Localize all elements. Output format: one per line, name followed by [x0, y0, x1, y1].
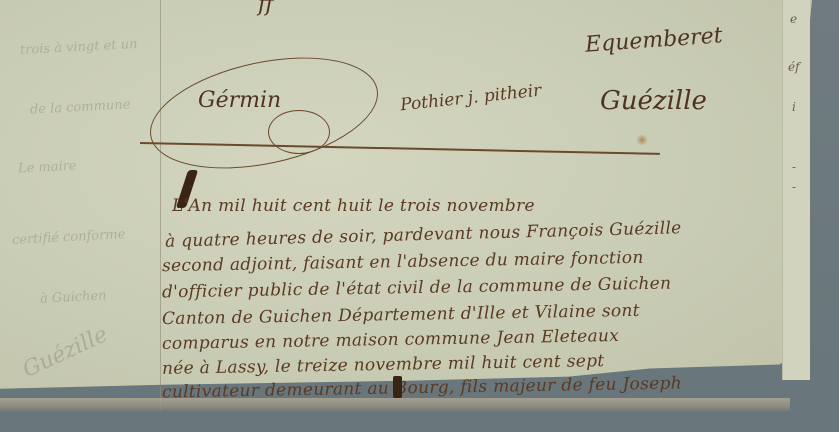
strip-mark: -	[792, 160, 796, 174]
strip-mark: éf	[788, 60, 800, 74]
strip-mark: e	[790, 12, 797, 26]
top-fragment-text: ff	[258, 0, 274, 17]
signature-guezille: Guézille	[600, 86, 707, 116]
strip-mark: -	[792, 180, 796, 194]
strip-mark: i	[792, 100, 796, 114]
record-line-1: L'An mil huit cent huit le trois novembr…	[172, 196, 535, 216]
ink-blot	[393, 376, 402, 398]
signature-germin: Gérmin	[198, 88, 281, 113]
margin-rule	[160, 0, 161, 410]
torn-bottom-edge	[0, 398, 790, 412]
ghost-text: Le maire	[18, 158, 77, 176]
ink-stain	[636, 134, 648, 146]
